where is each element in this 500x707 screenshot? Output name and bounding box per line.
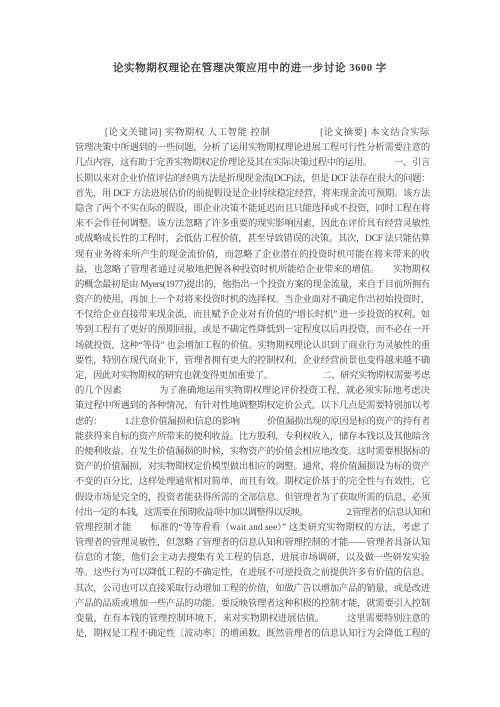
body-line: 资产的使用，再加上一个对将来投资时机的选择权。当企业面对不确定作出初始投资时， — [75, 293, 430, 308]
body-line: 付出一定的本钱，这需要在预期收益项中加以调整得以反映。 2.管理者的信息认知和 — [75, 506, 430, 521]
body-line: 不仅给企业直接带来现金流，而且赋予企业对有价值的“增长时机” 进一步投资的权利。… — [75, 308, 430, 323]
body-line: 的概念最初是由 Myers(1977)提出的，他指出一个投资方案的现金流量，来自… — [75, 278, 430, 293]
body-line: 定，因此对实物期权的研究也就变得更加重要了。 二、研究实物期权需要考虑 — [75, 369, 430, 384]
body-line: [论文关键词] 实物期权 人工智能 控制 [论文摘要] 本文结合实际 — [75, 126, 430, 141]
body-line: 的几个因素 为了准确地运用实物期权理论评价投资工程，就必须实际地考虑决 — [75, 384, 430, 399]
document-page: 论实物期权理论在管理决策应用中的进一步讨论 3600 字 [论文关键词] 实物期… — [0, 0, 500, 707]
body-line: 信息的才能，他们会主动去搜集有关工程的信息，进展市场调研，以及做一些研发实验 — [75, 551, 430, 566]
body-line: 或战略成长性的工程时，会低估工程价值，甚至导致错误的决策。其次，DCF 法只能估… — [75, 232, 430, 247]
body-line: 虑的： 1.注意价值漏损和信息的影响 价值漏损出现的原因是标的资产的持有者 — [75, 415, 430, 430]
body-line: 等。这些行为可以降低工程的不确定性，在进展不可逆投资之前提供许多有价值的信息。 — [75, 566, 430, 581]
body-line: 资产的价值漏损，对实物期权定价模型做出相应的调整。通常，将价值漏损设为标的资产 — [75, 460, 430, 475]
body-line: 要性，特别在现代商业下，管理者拥有更大的控制权利，企业经营前景也变得越来越不确 — [75, 354, 430, 369]
body-line: 假设市场是完全的，投资者能获得所需的全部信息。但管理者为了获取所需的信息，必须 — [75, 491, 430, 506]
body-line: 隐含了两个不实在际的假设，即企业决策不能延迟而且只能选择或不投资，同时工程在将 — [75, 202, 430, 217]
body-line: 益，也忽略了管理者通过灵敏地把握各种投资时机所能给企业带来的增值。 实物期权 — [75, 263, 430, 278]
body-line: 长期以来对企业价值评估的经典方法是折现现金流(DCF)法，但是 DCF 法存在很… — [75, 172, 430, 187]
body-line: 管理决策中所遇到的一些问题，分析了运用实物期权理论进展工程可行性分析需要注意的 — [75, 141, 430, 156]
body-line: 管理控制才能 标准的“等等看看（wait and see）” 这类研究实物期权的… — [75, 521, 430, 536]
body-line: 现有业务将来所产生的现金流价值，而忽略了企业潜在的投资时机可能在将来带来的收 — [75, 248, 430, 263]
body-line: 场就投资，这种“等待” 也会增加工程的价值。实物期权理论认识到了商业行为灵敏性的… — [75, 339, 430, 354]
body-line: 几点内容，这有助于完善实物期权定价理论及其在实际决策过程中的运用。 一、引言 — [75, 156, 430, 171]
body-line: 等到工程有了更好的预期回报，或是不确定性降低到一定程度以后再投资，而不必在一开 — [75, 323, 430, 338]
body-line: 的便利收益。在发生价值漏损的时候，实物资产的价值会相应地改变。这时需要根据标的 — [75, 445, 430, 460]
body-line: 管理者的管理灵敏性，但忽略了管理者的信息认知和管理控制的才能——管理者具备认知 — [75, 536, 430, 551]
document-body: [论文关键词] 实物期权 人工智能 控制 [论文摘要] 本文结合实际管理决策中所… — [75, 126, 430, 642]
body-line: 来不会作任何调整。该方法忽略了许多重要的现实影响因素，因此在评价具有经营灵敏性 — [75, 217, 430, 232]
body-line: 产品的品质或增加一些产品的功能。要反映管理者这种积极的控制才能，就需要引入控制 — [75, 597, 430, 612]
document-title: 论实物期权理论在管理决策应用中的进一步讨论 3600 字 — [0, 61, 500, 76]
body-line: 能获得来自标的资产所带来的便利收益。比方股利，专利权收入，储存本钱以及其他暗含 — [75, 430, 430, 445]
body-line: 其次，公司也可以直接采取行动增加工程的价值，如做广告以增加产品的销量，或是改进 — [75, 582, 430, 597]
body-line: 变量，在有本钱的管理控制环境下，来对实物期权进展估值。 这里需要特别注意的 — [75, 612, 430, 627]
body-line: 是，期权是工程不确定性〔波动率〕的增函数。既然管理者的信息认知行为会降低工程的 — [75, 627, 430, 642]
body-line: 不变的百分比，这样处理通常相对简单，而且有效。期权定价基于的完全性与有效性，它 — [75, 475, 430, 490]
body-line: 首先，用 DCF 方法进展估价的前提假设是企业持续稳定经营，将来现金流可预期。该… — [75, 187, 430, 202]
body-line: 策过程中所遇到的各种情况，有针对性地调整期权定价公式。以下几点是需要特别加以考 — [75, 399, 430, 414]
